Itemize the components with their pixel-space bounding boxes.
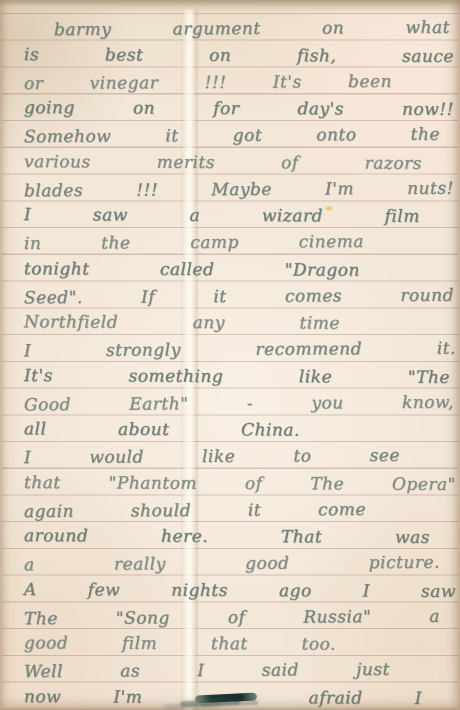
- letter-scan-page: barmyargumentonwhatisbestonfish,sauceorv…: [0, 0, 460, 710]
- edge-vignette: [0, 0, 460, 710]
